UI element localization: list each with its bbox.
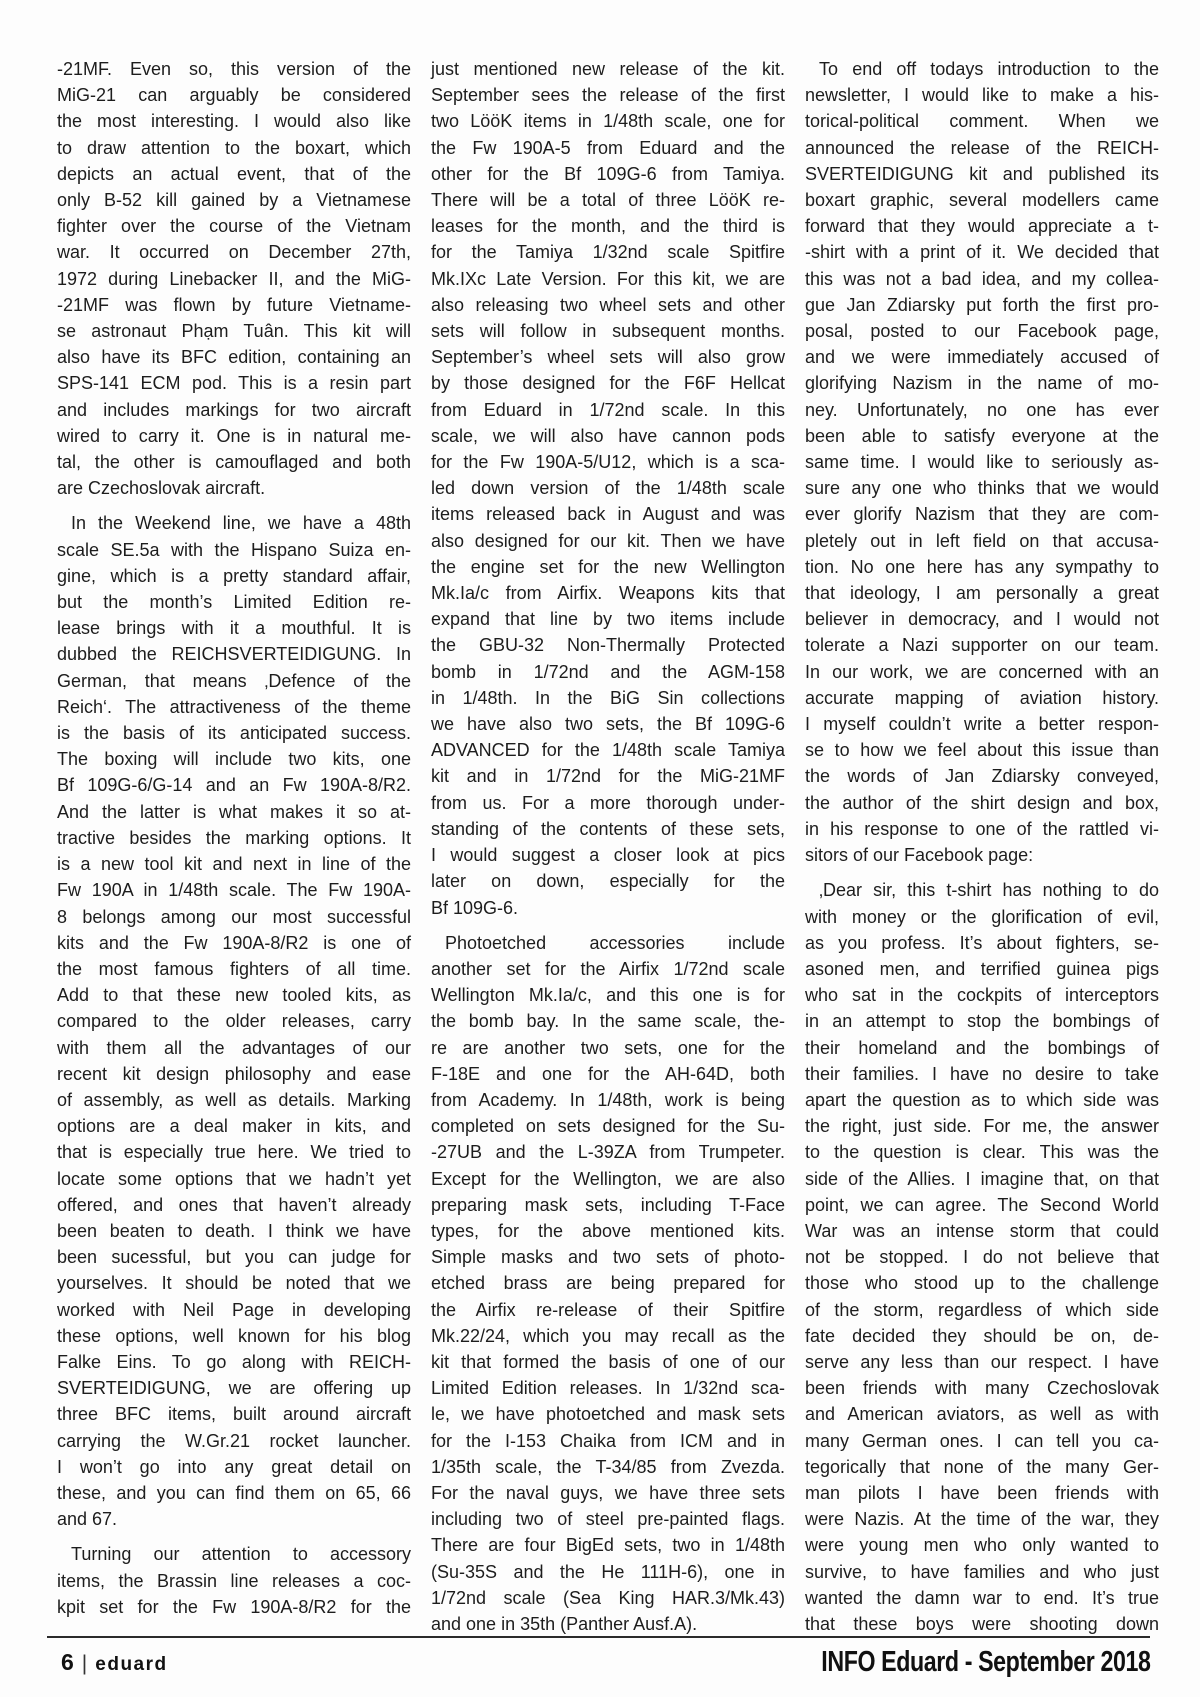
text-line: those who stood up to the challenge: [805, 1270, 1159, 1296]
text-line: in his response to one of the rattled vi…: [805, 816, 1159, 842]
text-line: There will be a total of three LööK re-: [431, 187, 785, 213]
text-line: ever glorify Nazism that they are com-: [805, 501, 1159, 527]
text-line: Fw 190A in 1/48th scale. The Fw 190A-: [57, 877, 411, 903]
text-line: the most famous fighters of all time.: [57, 956, 411, 982]
text-line: F-18E and one for the AH-64D, both: [431, 1061, 785, 1087]
footer-left: 6 | eduard: [61, 1649, 168, 1676]
text-line: September sees the release of the first: [431, 82, 785, 108]
text-column-2: just mentioned new release of the kit.Se…: [431, 56, 785, 1637]
text-line: that these boys were shooting down: [805, 1611, 1159, 1637]
text-line: carrying the W.Gr.21 rocket launcher.: [57, 1428, 411, 1454]
text-line: war. It occurred on December 27th,: [57, 239, 411, 265]
text-line: The boxing will include two kits, one: [57, 746, 411, 772]
paragraph: To end off todays introduction to thenew…: [805, 56, 1159, 868]
text-line: the Fw 190A-5 from Eduard and the: [431, 135, 785, 161]
text-line: not be stopped. I do not believe that: [805, 1244, 1159, 1270]
paragraph: Photoetched accessories includeanother s…: [431, 930, 785, 1637]
text-line: with money or the glorification of evil,: [805, 904, 1159, 930]
text-line: and includes markings for two aircraft: [57, 397, 411, 423]
text-line: the engine set for the new Wellington: [431, 554, 785, 580]
text-line: I would suggest a closer look at pics: [431, 842, 785, 868]
text-line: For the naval guys, we have three sets: [431, 1480, 785, 1506]
text-line: three BFC items, built around aircraft: [57, 1401, 411, 1427]
text-line: many German ones. I can tell you ca-: [805, 1428, 1159, 1454]
text-line: sitors of our Facebook page:: [805, 842, 1159, 868]
paragraph: In the Weekend line, we have a 48thscale…: [57, 510, 411, 1532]
text-line: for the Fw 190A-5/U12, which is a sca-: [431, 449, 785, 475]
text-line: the words of Jan Zdiarsky conveyed,: [805, 763, 1159, 789]
text-line: -shirt with a print of it. We decided th…: [805, 239, 1159, 265]
text-line: options are a deal maker in kits, and: [57, 1113, 411, 1139]
text-line: from Eduard in 1/72nd scale. In this: [431, 397, 785, 423]
text-line: their families. I have no desire to take: [805, 1061, 1159, 1087]
text-line: SVERTEIDIGUNG, we are offering up: [57, 1375, 411, 1401]
text-line: Reich‘. The attractiveness of the theme: [57, 694, 411, 720]
text-line: 1972 during Linebacker II, and the MiG-: [57, 266, 411, 292]
text-columns: -21MF. Even so, this version of theMiG-2…: [57, 56, 1159, 1637]
text-line: later on down, especially for the: [431, 868, 785, 894]
text-line: man pilots I have been friends with: [805, 1480, 1159, 1506]
text-line: Simple masks and two sets of photo-: [431, 1244, 785, 1270]
text-line: sets will follow in subsequent months.: [431, 318, 785, 344]
text-line: yourselves. It should be noted that we: [57, 1270, 411, 1296]
text-line: kpit set for the Fw 190A-8/R2 for the: [57, 1594, 411, 1620]
text-line: completed on sets designed for the Su-: [431, 1113, 785, 1139]
text-line: German, that means ‚Defence of the: [57, 668, 411, 694]
text-line: kit and in 1/72nd for the MiG-21MF: [431, 763, 785, 789]
text-line: only B-52 kill gained by a Vietnamese: [57, 187, 411, 213]
text-line: in 1/48th. In the BiG Sin collections: [431, 685, 785, 711]
text-line: SVERTEIDIGUNG kit and published its: [805, 161, 1159, 187]
text-line: kits and the Fw 190A-8/R2 is one of: [57, 930, 411, 956]
text-line: the author of the shirt design and box,: [805, 790, 1159, 816]
text-line: lease brings with it a mouthful. It is: [57, 615, 411, 641]
text-line: I won’t go into any great detail on: [57, 1454, 411, 1480]
text-line: standing of the contents of these sets,: [431, 816, 785, 842]
text-line: Falke Eins. To go along with REICH-: [57, 1349, 411, 1375]
text-line: by those designed for the F6F Hellcat: [431, 370, 785, 396]
text-line: wanted the damn war to end. It’s true: [805, 1585, 1159, 1611]
text-line: To end off todays introduction to the: [805, 56, 1159, 82]
page-number: 6: [61, 1649, 74, 1676]
paragraph: just mentioned new release of the kit.Se…: [431, 56, 785, 921]
text-line: 1/35th scale, the T-34/85 from Zvezda.: [431, 1454, 785, 1480]
text-line: the Airfix re-release of their Spitfire: [431, 1297, 785, 1323]
text-line: ney. Unfortunately, no one has ever: [805, 397, 1159, 423]
text-line: locate some options that we hadn’t yet: [57, 1166, 411, 1192]
text-line: the GBU-32 Non-Thermally Protected: [431, 632, 785, 658]
page-container: -21MF. Even so, this version of theMiG-2…: [0, 0, 1200, 1697]
text-line: led down version of the 1/48th scale: [431, 475, 785, 501]
text-line: Except for the Wellington, we are also: [431, 1166, 785, 1192]
brand-logo: eduard: [95, 1654, 167, 1676]
text-line: posal, posted to our Facebook page,: [805, 318, 1159, 344]
text-line: Mk.Ia/c from Airfix. Weapons kits that: [431, 580, 785, 606]
text-line: that ideology, I am personally a great: [805, 580, 1159, 606]
text-line: MiG-21 can arguably be considered: [57, 82, 411, 108]
text-line: is the basis of its anticipated success.: [57, 720, 411, 746]
text-line: tion. No one here has any sympathy to: [805, 554, 1159, 580]
text-line: their homeland and the bombings of: [805, 1035, 1159, 1061]
text-line: we have also two sets, the Bf 109G-6: [431, 711, 785, 737]
text-line: also have its BFC edition, containing an: [57, 344, 411, 370]
text-line: torical-political comment. When we: [805, 108, 1159, 134]
text-line: I myself couldn’t write a better respon-: [805, 711, 1159, 737]
text-line: Bf 109G-6.: [431, 895, 785, 921]
text-line: were Nazis. At the time of the war, they: [805, 1506, 1159, 1532]
text-line: SPS-141 ECM pod. This is a resin part: [57, 370, 411, 396]
text-line: Bf 109G-6/G-14 and an Fw 190A-8/R2.: [57, 772, 411, 798]
text-line: fighter over the course of the Vietnam: [57, 213, 411, 239]
text-line: are Czechoslovak aircraft.: [57, 475, 411, 501]
text-line: the bomb bay. In the same scale, the-: [431, 1008, 785, 1034]
text-column-1: -21MF. Even so, this version of theMiG-2…: [57, 56, 411, 1637]
text-line: leases for the month, and the third is: [431, 213, 785, 239]
text-line: were young men who only wanted to: [805, 1532, 1159, 1558]
text-line: sure any one who thinks that we would: [805, 475, 1159, 501]
text-line: War was an intense storm that could: [805, 1218, 1159, 1244]
text-line: for the I-153 Chaika from ICM and in: [431, 1428, 785, 1454]
text-line: (Su-35S and the He 111H-6), one in: [431, 1559, 785, 1585]
text-line: who sat in the cockpits of interceptors: [805, 982, 1159, 1008]
text-line: compared to the older releases, carry: [57, 1008, 411, 1034]
text-line: Add to that these new tooled kits, as: [57, 982, 411, 1008]
text-line: apart the question as to which side was: [805, 1087, 1159, 1113]
text-line: and we were immediately accused of: [805, 344, 1159, 370]
text-line: offered, and ones that haven’t already: [57, 1192, 411, 1218]
text-line: survive, to have families and who just: [805, 1559, 1159, 1585]
text-line: In the Weekend line, we have a 48th: [57, 510, 411, 536]
text-line: with them all the advantages of our: [57, 1035, 411, 1061]
text-column-3: To end off todays introduction to thenew…: [805, 56, 1159, 1637]
text-line: of assembly, as well as details. Marking: [57, 1087, 411, 1113]
text-line: etched brass are being prepared for: [431, 1270, 785, 1296]
text-line: but the month’s Limited Edition re-: [57, 589, 411, 615]
text-line: accurate mapping of aviation history.: [805, 685, 1159, 711]
text-line: se to how we feel about this issue than: [805, 737, 1159, 763]
text-line: and one in 35th (Panther Ausf.A).: [431, 1611, 785, 1637]
text-line: that is especially true here. We tried t…: [57, 1139, 411, 1165]
text-line: dubbed the REICHSVERTEIDIGUNG. In: [57, 641, 411, 667]
text-line: bomb in 1/72nd and the AGM-158: [431, 659, 785, 685]
text-line: side of the Allies. I imagine that, on t…: [805, 1166, 1159, 1192]
text-line: just mentioned new release of the kit.: [431, 56, 785, 82]
text-line: serve any less than our respect. I have: [805, 1349, 1159, 1375]
text-line: Photoetched accessories include: [431, 930, 785, 956]
text-line: tractive besides the marking options. It: [57, 825, 411, 851]
paragraph: ‚Dear sir, this t-shirt has nothing to d…: [805, 877, 1159, 1637]
text-line: been beaten to death. I think we have: [57, 1218, 411, 1244]
text-line: September’s wheel sets will also grow: [431, 344, 785, 370]
text-line: also designed for our kit. Then we have: [431, 528, 785, 554]
text-line: is a new tool kit and next in line of th…: [57, 851, 411, 877]
text-line: tolerate a Nazi supporter on our team.: [805, 632, 1159, 658]
text-line: as you profess. It’s about fighters, se-: [805, 930, 1159, 956]
text-line: Wellington Mk.Ia/c, and this one is for: [431, 982, 785, 1008]
text-line: of the storm, regardless of which side: [805, 1297, 1159, 1323]
text-line: types, for the above mentioned kits.: [431, 1218, 785, 1244]
text-line: -21MF was flown by future Vietname-: [57, 292, 411, 318]
text-line: ‚Dear sir, this t-shirt has nothing to d…: [805, 877, 1159, 903]
text-line: tegorically that none of the many Ger-: [805, 1454, 1159, 1480]
text-line: been sucessful, but you can judge for: [57, 1244, 411, 1270]
text-line: fate decided they should be on, de-: [805, 1323, 1159, 1349]
text-line: Limited Edition releases. In 1/32nd sca-: [431, 1375, 785, 1401]
text-line: these options, well known for his blog: [57, 1323, 411, 1349]
text-line: been able to satisfy everyone at the: [805, 423, 1159, 449]
text-line: There are four BigEd sets, two in 1/48th: [431, 1532, 785, 1558]
text-line: also releasing two wheel sets and other: [431, 292, 785, 318]
text-line: newsletter, I would like to make a his-: [805, 82, 1159, 108]
text-line: items, the Brassin line releases a coc-: [57, 1568, 411, 1594]
paragraph: Turning our attention to accessoryitems,…: [57, 1541, 411, 1620]
text-line: preparing mask sets, including T-Face: [431, 1192, 785, 1218]
paragraph: -21MF. Even so, this version of theMiG-2…: [57, 56, 411, 501]
text-line: from Academy. In 1/48th, work is being: [431, 1087, 785, 1113]
text-line: 1/72nd scale (Sea King HAR.3/Mk.43): [431, 1585, 785, 1611]
text-line: Mk.22/24, which you may recall as the: [431, 1323, 785, 1349]
text-line: point, we can agree. The Second World: [805, 1192, 1159, 1218]
footer-separator: |: [82, 1652, 87, 1676]
text-line: depicts an actual event, that of the: [57, 161, 411, 187]
text-line: believer in democracy, and I would not: [805, 606, 1159, 632]
text-line: another set for the Airfix 1/72nd scale: [431, 956, 785, 982]
text-line: -27UB and the L-39ZA from Trumpeter.: [431, 1139, 785, 1165]
text-line: And the latter is what makes it so at-: [57, 799, 411, 825]
text-line: for the Tamiya 1/32nd scale Spitfire: [431, 239, 785, 265]
text-line: In our work, we are concerned with an: [805, 659, 1159, 685]
text-line: wired to carry it. One is in natural me-: [57, 423, 411, 449]
text-line: announced the release of the REICH-: [805, 135, 1159, 161]
text-line: been friends with many Czechoslovak: [805, 1375, 1159, 1401]
text-line: kit that formed the basis of one of our: [431, 1349, 785, 1375]
text-line: and American aviators, as well as with: [805, 1401, 1159, 1427]
text-line: this was not a bad idea, and my collea-: [805, 266, 1159, 292]
text-line: from us. For a more thorough under-: [431, 790, 785, 816]
issue-title: INFO Eduard - September 2018: [821, 1646, 1150, 1679]
text-line: forward that they would appreciate a t-: [805, 213, 1159, 239]
text-line: glorifying Nazism in the name of mo-: [805, 370, 1159, 396]
text-line: gine, which is a pretty standard affair,: [57, 563, 411, 589]
footer-divider: [47, 1636, 1150, 1638]
text-line: Turning our attention to accessory: [57, 1541, 411, 1567]
text-line: scale, we will also have cannon pods: [431, 423, 785, 449]
text-line: tal, the other is camouflaged and both: [57, 449, 411, 475]
text-line: re are another two sets, one for the: [431, 1035, 785, 1061]
text-line: the most interesting. I would also like: [57, 108, 411, 134]
text-line: ADVANCED for the 1/48th scale Tamiya: [431, 737, 785, 763]
text-line: -21MF. Even so, this version of the: [57, 56, 411, 82]
text-line: and 67.: [57, 1506, 411, 1532]
text-line: to draw attention to the boxart, which: [57, 135, 411, 161]
text-line: gue Jan Zdiarsky put forth the first pro…: [805, 292, 1159, 318]
text-line: scale SE.5a with the Hispano Suiza en-: [57, 537, 411, 563]
text-line: including two of steel pre-painted flags…: [431, 1506, 785, 1532]
text-line: 8 belongs among our most successful: [57, 904, 411, 930]
text-line: to the question is clear. This was the: [805, 1139, 1159, 1165]
text-line: these, and you can find them on 65, 66: [57, 1480, 411, 1506]
text-line: recent kit design philosophy and ease: [57, 1061, 411, 1087]
text-line: le, we have photoetched and mask sets: [431, 1401, 785, 1427]
text-line: same time. I would like to seriously as-: [805, 449, 1159, 475]
text-line: items released back in August and was: [431, 501, 785, 527]
text-line: boxart graphic, several modellers came: [805, 187, 1159, 213]
text-line: se astronaut Phạm Tuân. This kit will: [57, 318, 411, 344]
text-line: pletely out in left field on that accusa…: [805, 528, 1159, 554]
text-line: worked with Neil Page in developing: [57, 1297, 411, 1323]
text-line: asoned men, and terrified guinea pigs: [805, 956, 1159, 982]
text-line: Mk.IXc Late Version. For this kit, we ar…: [431, 266, 785, 292]
text-line: expand that line by two items include: [431, 606, 785, 632]
text-line: the right, just side. For me, the answer: [805, 1113, 1159, 1139]
text-line: other for the Bf 109G-6 from Tamiya.: [431, 161, 785, 187]
text-line: in an attempt to stop the bombings of: [805, 1008, 1159, 1034]
text-line: two LööK items in 1/48th scale, one for: [431, 108, 785, 134]
